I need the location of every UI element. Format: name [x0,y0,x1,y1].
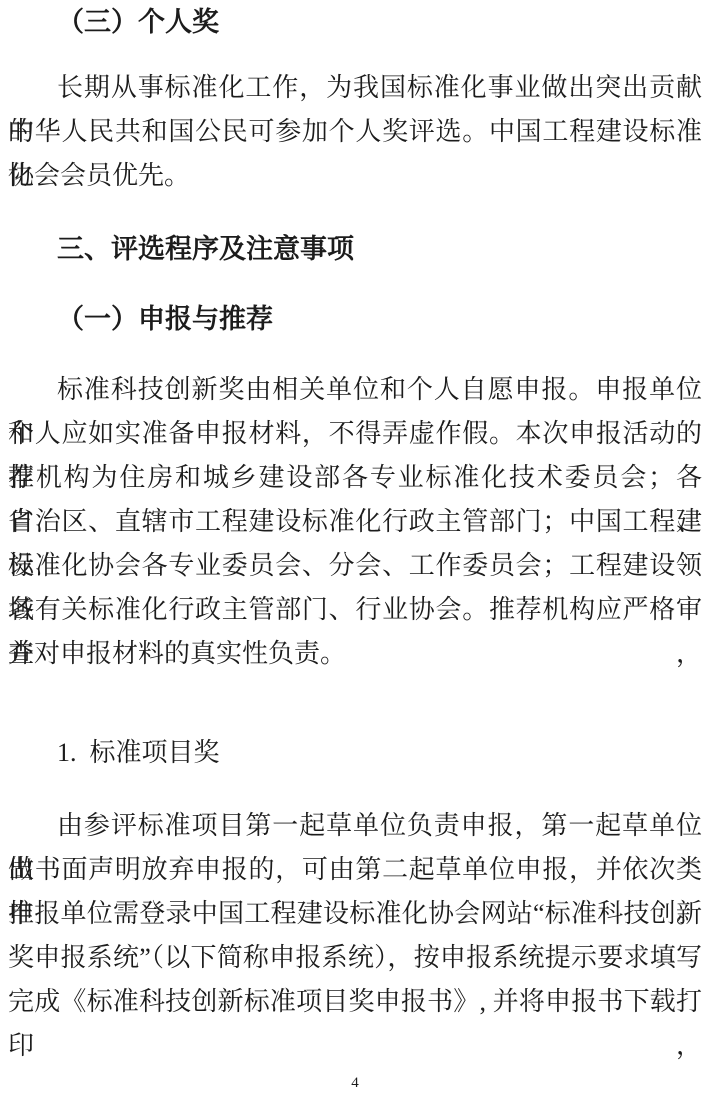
paragraph-application-rules: 标准科技创新奖由相关单位和个人自愿申报。申报单位和个人应如实准备申报材料，不得弄… [8,368,702,676]
text-line: 标准科技创新奖由相关单位和个人自愿申报。申报单位和 [8,368,702,412]
text-line: 自治区、直辖市工程建设标准化行政主管部门；中国工程建设 [8,500,702,544]
paragraph-individual-award-eligibility: 长期从事标准化工作，为我国标准化事业做出突出贡献的中华人民共和国公民可参加个人奖… [8,66,702,198]
document-page: （三）个人奖 长期从事标准化工作，为我国标准化事业做出突出贡献的中华人民共和国公… [0,0,710,1109]
text-line: 长期从事标准化工作，为我国标准化事业做出突出贡献的 [8,66,702,110]
subsection-heading-application-recommendation: （一）申报与推荐 [57,297,702,341]
text-line: 荐机构为住房和城乡建设部各专业标准化技术委员会；各省、 [8,456,702,500]
section-heading-selection-procedures: 三、评选程序及注意事项 [57,227,702,271]
text-line: 完成《标准科技创新标准项目奖申报书》, 并将申报书下载打印， [8,980,702,1024]
text-line: 各有关标准化行政主管部门、行业协会。推荐机构应严格审查， [8,588,702,632]
section-heading-individual-award: （三）个人奖 [57,0,702,44]
text-line: 中华人民共和国公民可参加个人奖评选。中国工程建设标准化 [8,110,702,154]
text-line: 标准化协会各专业委员会、分会、工作委员会；工程建设领域 [8,544,702,588]
text-line: 协会会员优先。 [8,154,702,198]
text-line: 申报单位需登录中国工程建设标准化协会网站“标准科技创新 [8,892,702,936]
item-heading-standard-project-award: 1. 标准项目奖 [57,731,702,775]
text-line: 个人应如实准备申报材料，不得弄虚作假。本次申报活动的推 [8,412,702,456]
paragraph-standard-project-award-application: 由参评标准项目第一起草单位负责申报，第一起草单位做出书面声明放弃申报的，可由第二… [8,804,702,1024]
text-line: 由参评标准项目第一起草单位负责申报，第一起草单位做 [8,804,702,848]
text-line: 出书面声明放弃申报的，可由第二起草单位申报，并依次类推。 [8,848,702,892]
page-number: 4 [0,1072,710,1094]
text-line: 奖申报系统”（以下简称申报系统），按申报系统提示要求填写 [8,936,702,980]
